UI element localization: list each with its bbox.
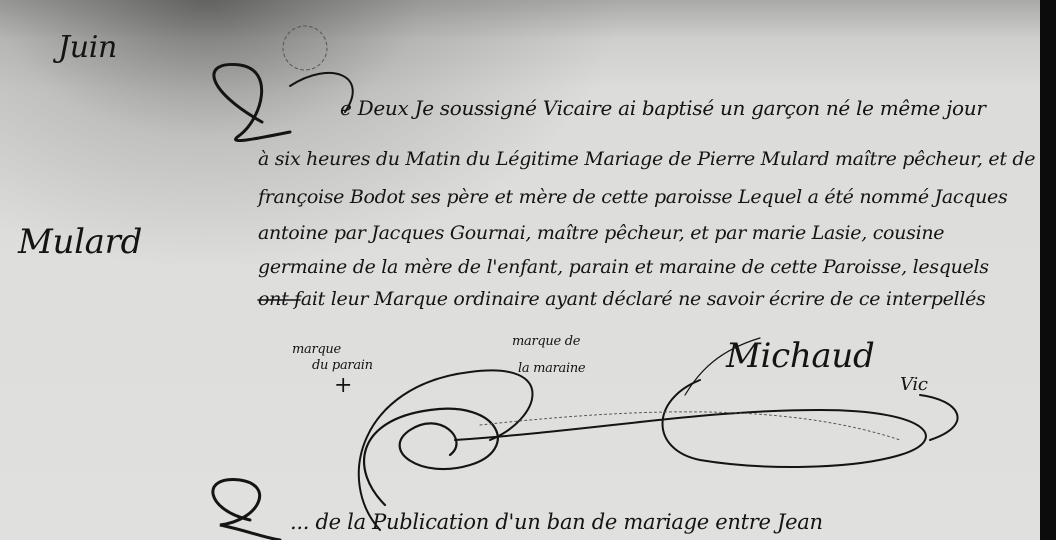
vicar-signature: Michaud: [726, 336, 874, 376]
scan-edge: [1040, 0, 1056, 540]
parrain-mark-label-2: du parain: [312, 358, 373, 373]
next-entry-line: ... de la Publication d'un ban de mariag…: [290, 510, 823, 534]
entry-line-1: e Deux Je soussigné Vicaire ai baptisé u…: [340, 96, 986, 120]
marraine-mark-label-2: la maraine: [518, 361, 585, 376]
entry-line-4: antoine par Jacques Gournai, maître pêch…: [258, 222, 944, 244]
marraine-mark-label-1: marque de: [512, 334, 580, 349]
margin-month: Juin: [58, 30, 117, 65]
register-page: Juin Mulard e Deux Je soussigné Vicaire …: [0, 0, 1040, 540]
entry-line-5: germaine de la mère de l'enfant, parain …: [258, 256, 989, 278]
parrain-cross-mark: +: [334, 373, 352, 398]
margin-surname: Mulard: [18, 222, 142, 262]
entry-line-3: françoise Bodot ses père et mère de cett…: [258, 186, 1007, 208]
entry-line-2: à six heures du Matin du Légitime Mariag…: [258, 148, 1035, 170]
parrain-mark-label-1: marque: [292, 342, 341, 357]
entry-line-6: ont fait leur Marque ordinaire ayant déc…: [258, 288, 985, 310]
vicar-title: Vic: [900, 374, 928, 395]
